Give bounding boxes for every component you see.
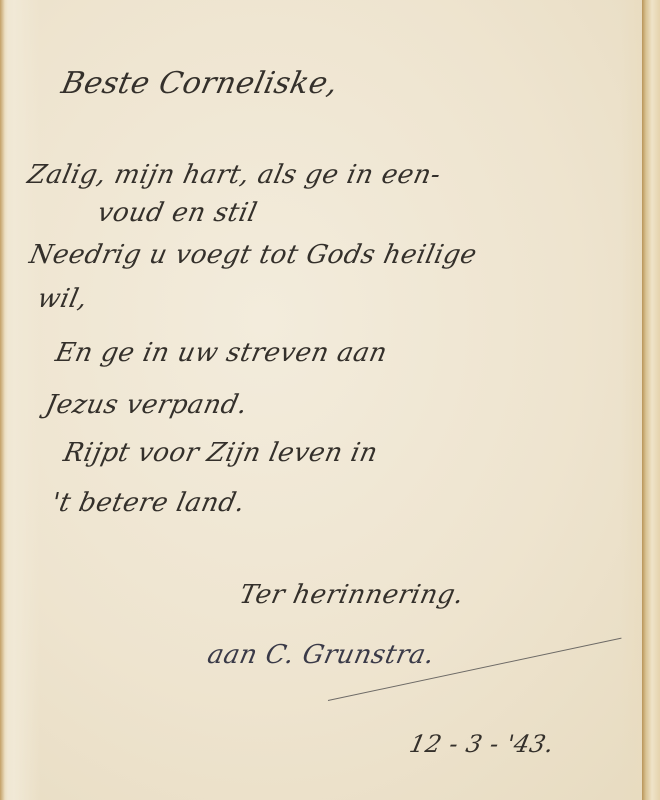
poem-line-2: voud en stil xyxy=(95,198,260,228)
poem-line-6: Jezus verpand. xyxy=(43,390,251,420)
signature: aan C. Grunstra. xyxy=(205,640,438,670)
page-right-edge xyxy=(642,0,660,800)
date: 12 - 3 - '43. xyxy=(407,730,557,758)
poem-line-1: Zalig, mijn hart, als ge in een- xyxy=(25,160,444,190)
greeting: Beste Corneliske, xyxy=(58,66,341,101)
poem-line-7: Rijpt voor Zijn leven in xyxy=(61,438,381,468)
album-page: Beste Corneliske, Zalig, mijn hart, als … xyxy=(0,0,660,800)
closing-text: Ter herinnering. xyxy=(237,580,467,610)
poem-line-5: En ge in uw streven aan xyxy=(53,338,390,368)
poem-line-4: wil, xyxy=(35,284,91,314)
page-left-edge xyxy=(0,0,8,800)
poem-line-3: Needrig u voegt tot Gods heilige xyxy=(27,240,480,270)
poem-line-8: 't betere land. xyxy=(49,488,248,518)
